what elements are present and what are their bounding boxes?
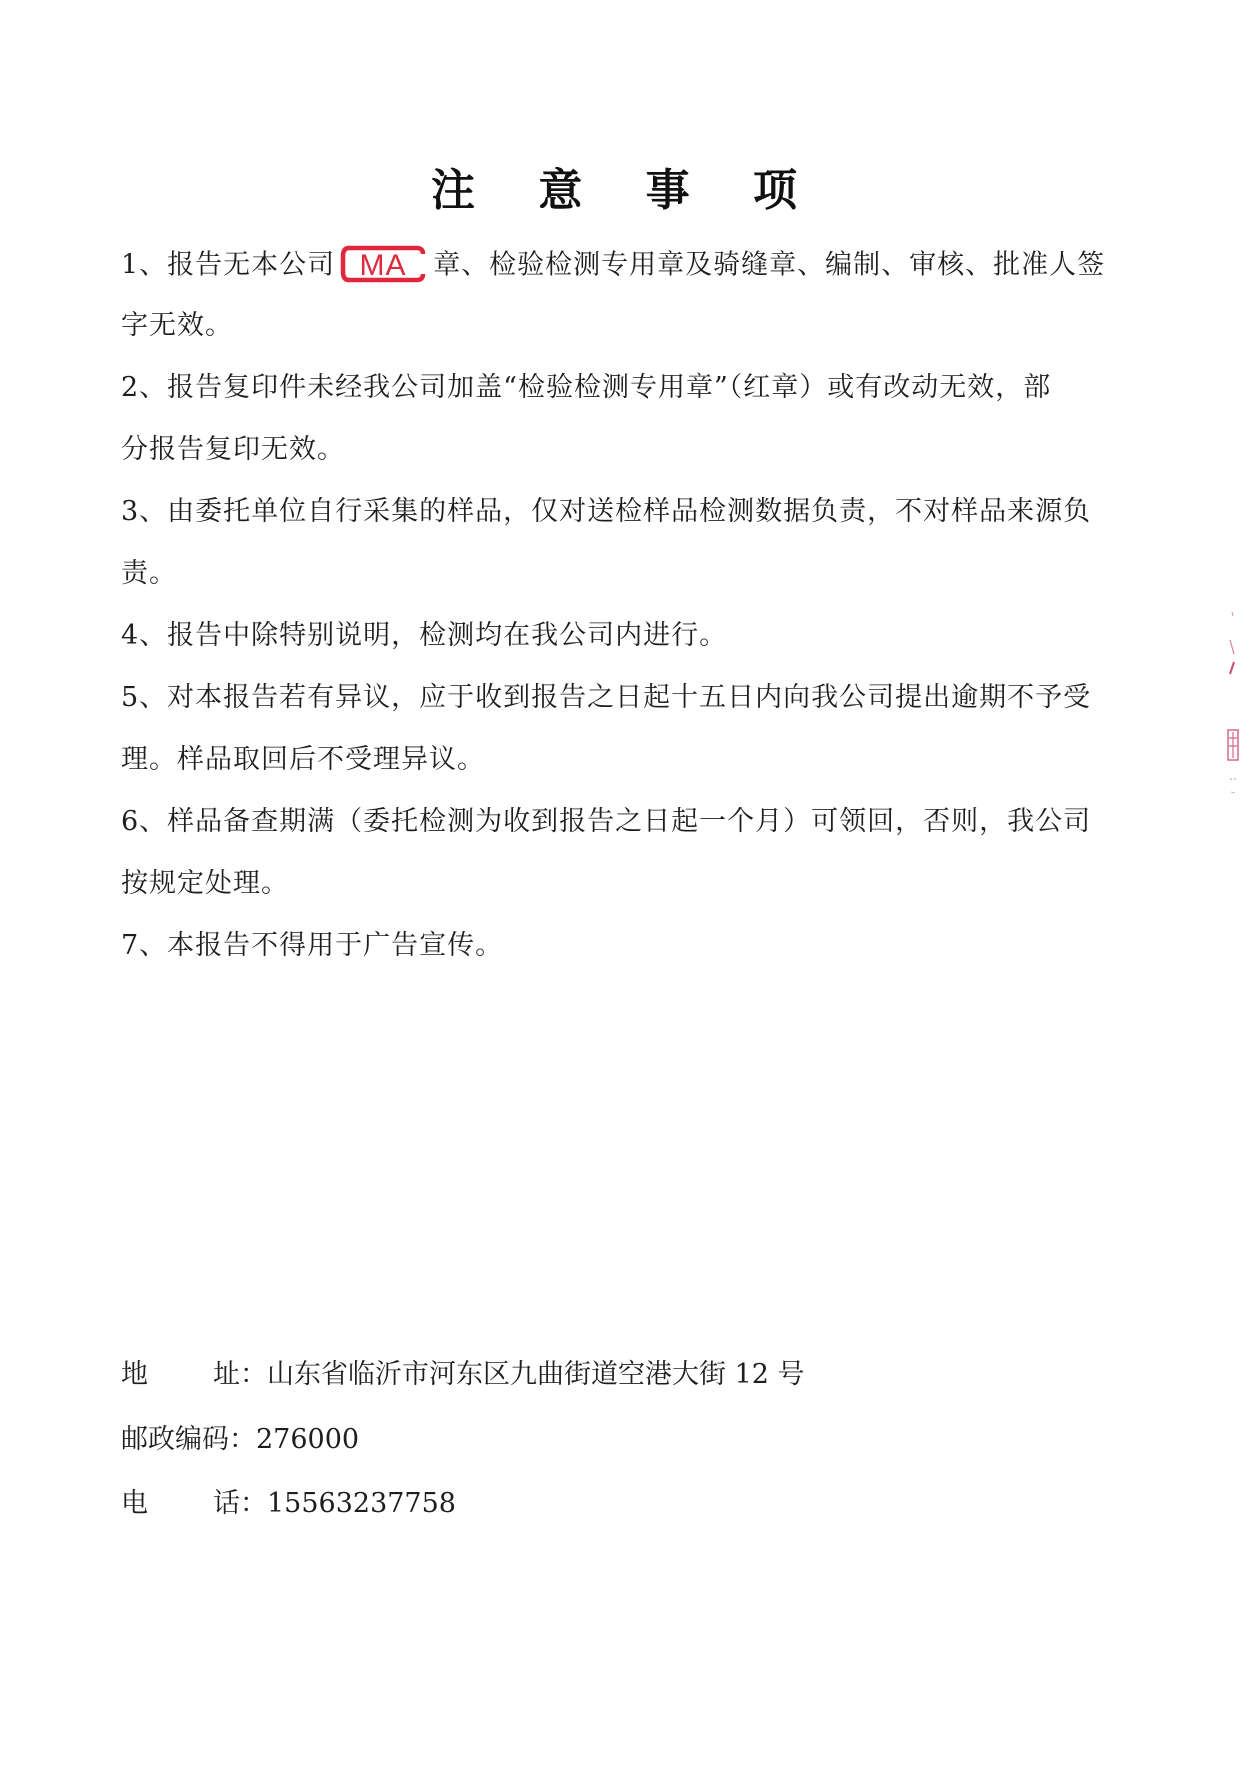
footer-postcode: 邮政编码：276000	[121, 1420, 359, 1460]
phone-value: 15563237758	[267, 1488, 456, 1519]
seam-stamp-fragment-icon	[1218, 600, 1244, 830]
notice-item-4-line-1: 4、报告中除特别说明，检测均在我公司内进行。	[121, 616, 727, 656]
phone-label: 电话：	[121, 1484, 267, 1524]
svg-text:MA: MA	[360, 249, 407, 282]
notice-item-2-line-1: 2、报告复印件未经我公司加盖“检验检测专用章”（红章）或有改动无效，部	[121, 368, 1051, 408]
notice-item-5-line-1: 5、对本报告若有异议，应于收到报告之日起十五日内向我公司提出逾期不予受	[121, 678, 1091, 718]
notice-item-1-text-b: 章、检验检测专用章及骑缝章、编制、审核、批准人签	[433, 250, 1105, 281]
notice-item-6-line-1: 6、样品备查期满（委托检测为收到报告之日起一个月）可领回，否则，我公司	[121, 802, 1091, 842]
notice-item-7-line-1: 7、本报告不得用于广告宣传。	[121, 926, 503, 966]
notice-item-6-line-2: 按规定处理。	[121, 864, 289, 904]
cma-logo-icon: MA	[339, 244, 429, 284]
notice-item-3-line-1: 3、由委托单位自行采集的样品，仅对送检样品检测数据负责，不对样品来源负	[121, 492, 1091, 532]
notice-item-3-line-2: 责。	[121, 554, 177, 594]
notice-item-2-line-2: 分报告复印无效。	[121, 430, 345, 470]
page-title: 注 意 事 项	[0, 163, 1252, 219]
notice-item-1-line-1: 1、报告无本公司 MA 章、检验检测专用章及骑缝章、编制、审核、批准人签	[121, 244, 1105, 288]
footer-address: 地址：山东省临沂市河东区九曲街道空港大街 12 号	[121, 1355, 805, 1395]
postcode-value: 276000	[256, 1424, 359, 1455]
address-value: 山东省临沂市河东区九曲街道空港大街 12 号	[267, 1359, 805, 1390]
postcode-label: 邮政编码：	[121, 1420, 256, 1460]
address-label: 地址：	[121, 1355, 267, 1395]
notice-item-5-line-2: 理。样品取回后不受理异议。	[121, 740, 485, 780]
notice-item-1-text-a: 1、报告无本公司	[121, 250, 335, 281]
notice-item-1-line-2: 字无效。	[121, 306, 233, 346]
footer-phone: 电话：15563237758	[121, 1484, 456, 1524]
